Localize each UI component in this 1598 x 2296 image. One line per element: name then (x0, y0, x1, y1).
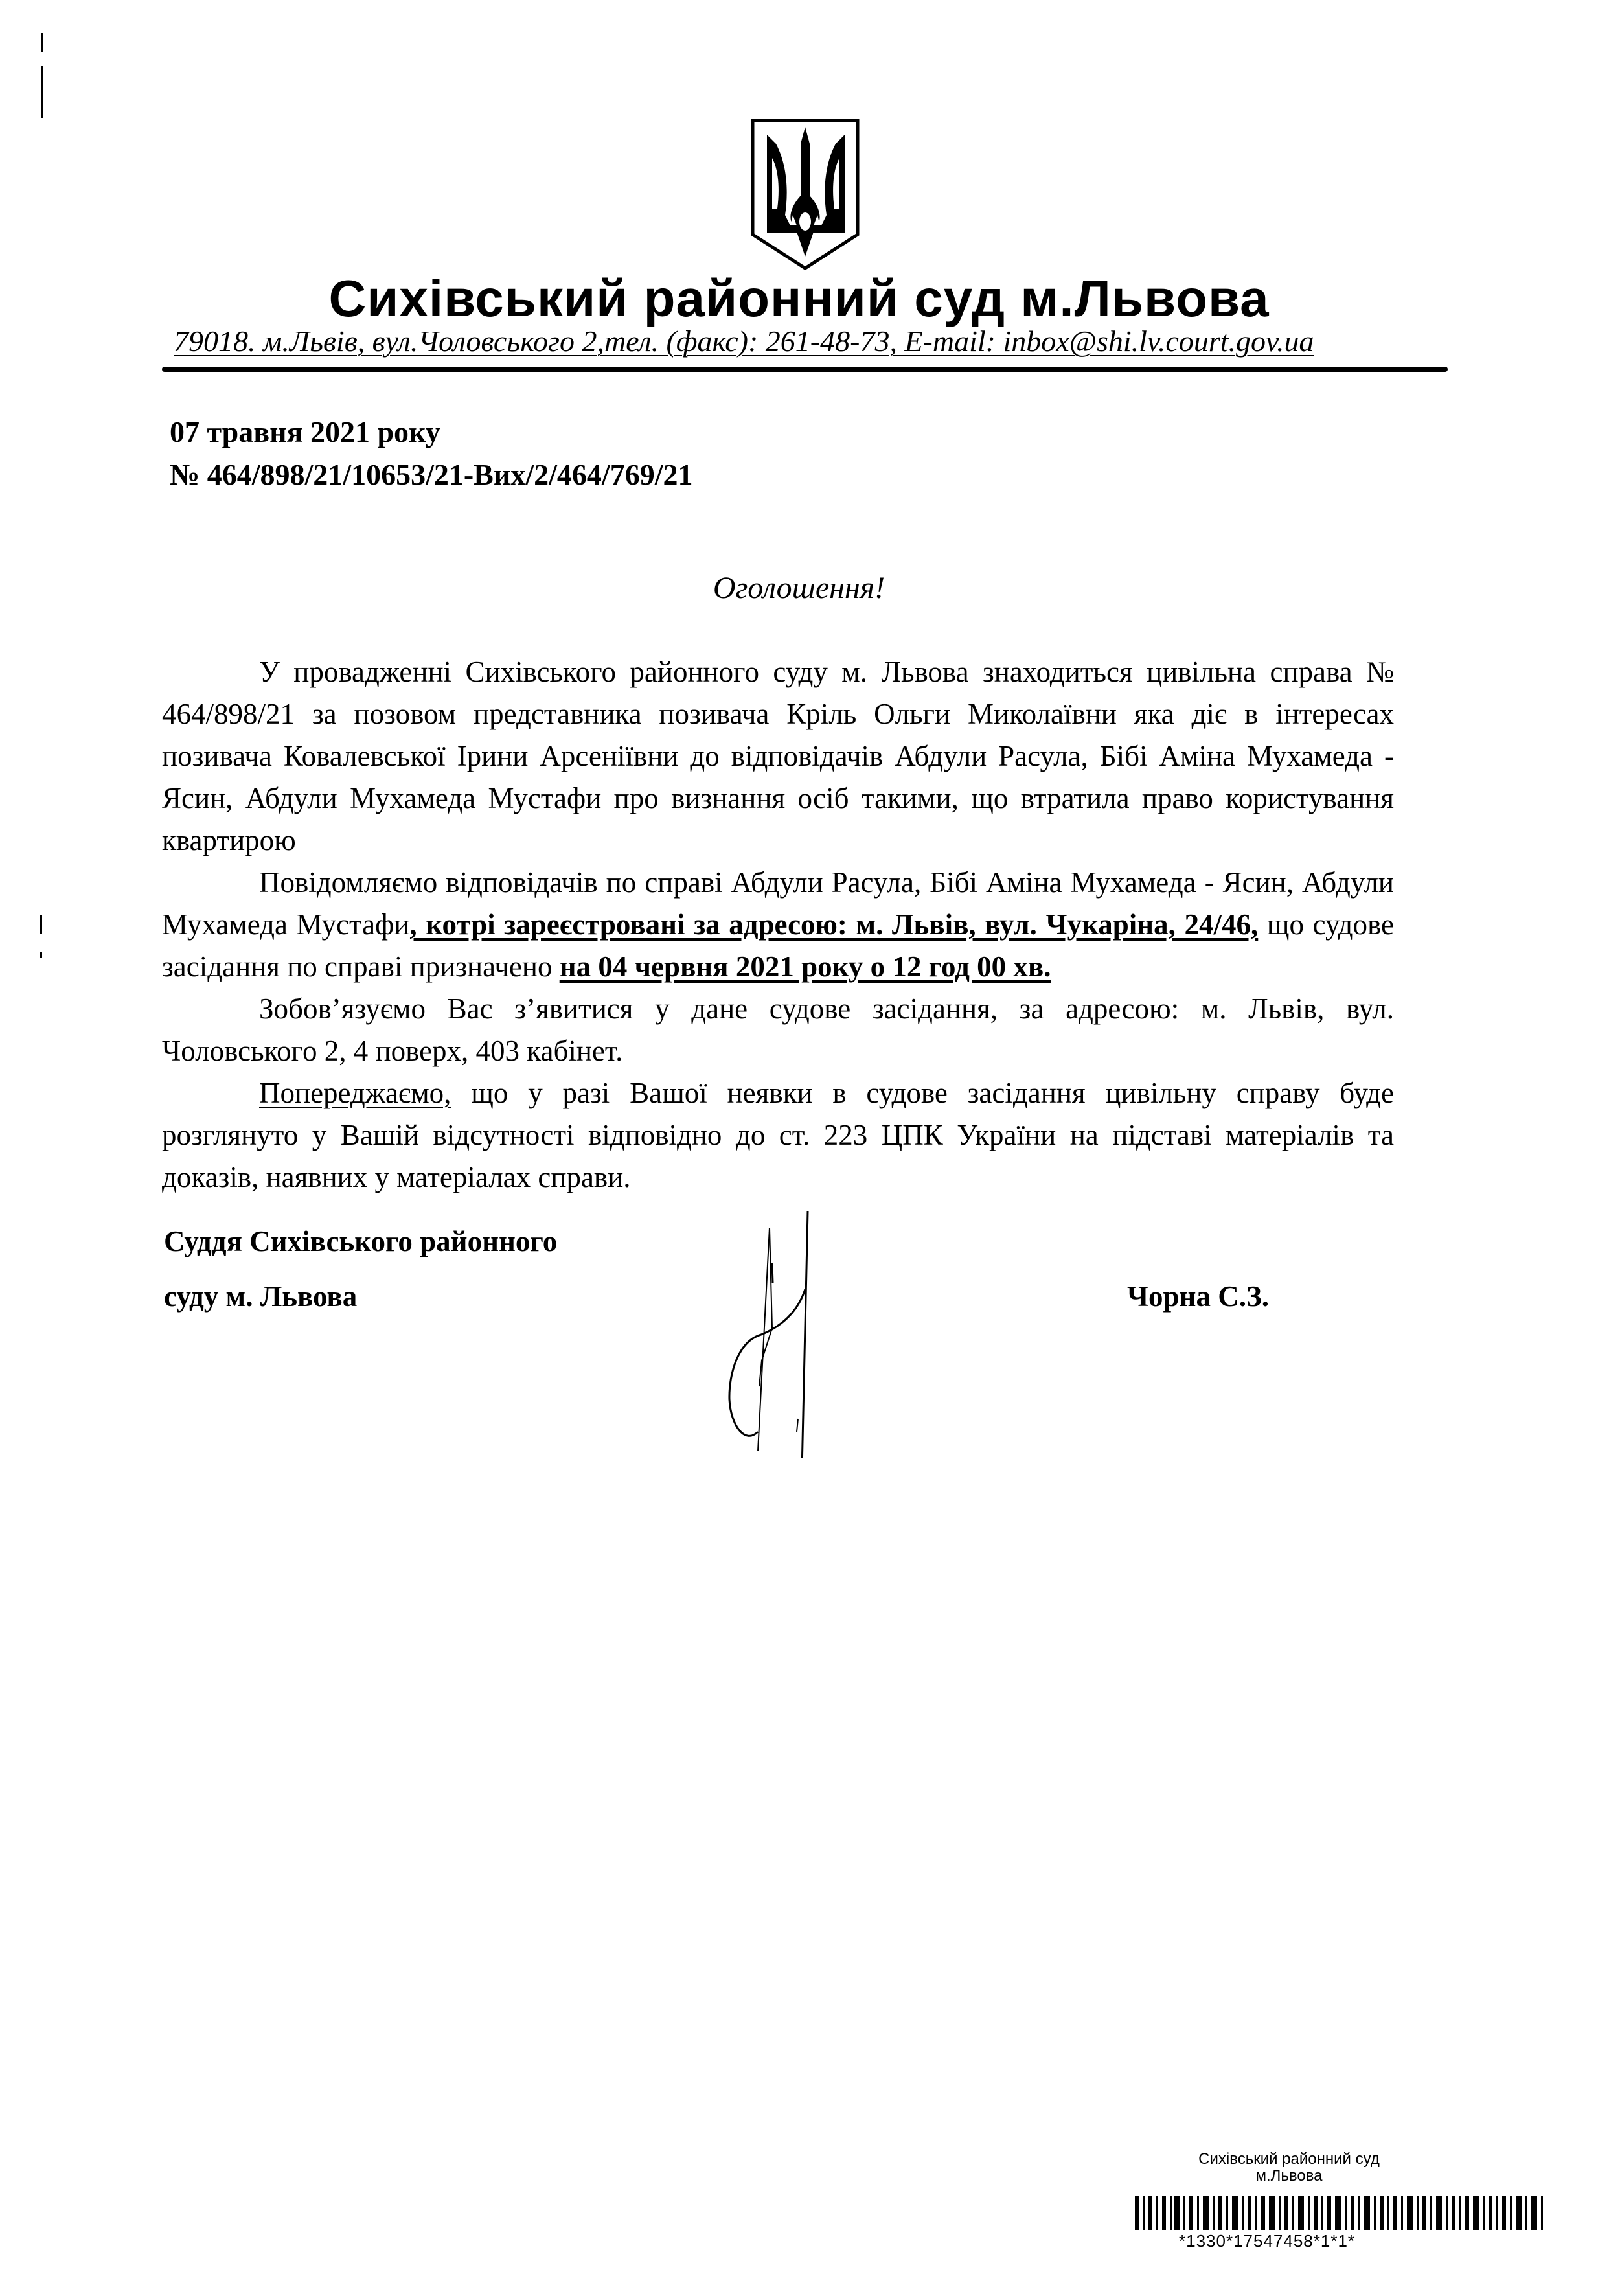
hearing-datetime: на 04 червня 2021 року о 12 год 00 хв. (560, 950, 1051, 983)
judge-name: Чорна С.З. (1127, 1280, 1269, 1313)
signature-icon (648, 1199, 842, 1458)
court-title: Сихівський районний суд м.Львова (0, 269, 1598, 328)
judge-title-line1: Суддя Сихівського районного (164, 1224, 557, 1258)
registered-address: , котрі зареєстровані за адресою: м. Льв… (409, 908, 1258, 941)
notice-body: У провадженні Сихівського районного суду… (162, 651, 1394, 1199)
scan-mark (41, 66, 43, 118)
document-number: № 464/898/21/10653/21-Вих/2/464/769/21 (170, 457, 692, 492)
paragraph-warning: Попереджаємо, що у разі Вашої неявки в с… (162, 1072, 1394, 1199)
stamp-court-name: Сихівський районний суд м.Львова (1166, 2151, 1412, 2185)
stamp-court-line2: м.Львова (1166, 2168, 1412, 2185)
header-divider (162, 367, 1448, 372)
stamp-court-line1: Сихівський районний суд (1166, 2151, 1412, 2168)
court-address-contact: 79018. м.Львів, вул.Чоловського 2,тел. (… (174, 324, 1314, 358)
coat-of-arms-icon (750, 118, 860, 271)
notice-title: Оголошення! (0, 570, 1598, 606)
scan-mark (40, 952, 42, 958)
paragraph-notification: Повідомляємо відповідачів по справі Абду… (162, 862, 1394, 988)
paragraph-case-info: У провадженні Сихівського районного суду… (162, 651, 1394, 862)
barcode-number: *1330*17547458*1*1* (1179, 2231, 1355, 2251)
document-date: 07 травня 2021 року (170, 415, 440, 449)
warning-word: Попереджаємо, (259, 1077, 451, 1109)
scan-mark (40, 915, 42, 934)
scan-mark (41, 33, 43, 52)
judge-title-line2: суду м. Львова (164, 1280, 357, 1313)
paragraph-summons: Зобов’язуємо Вас з’явитися у дане судове… (162, 988, 1394, 1072)
barcode-icon (1135, 2196, 1547, 2230)
